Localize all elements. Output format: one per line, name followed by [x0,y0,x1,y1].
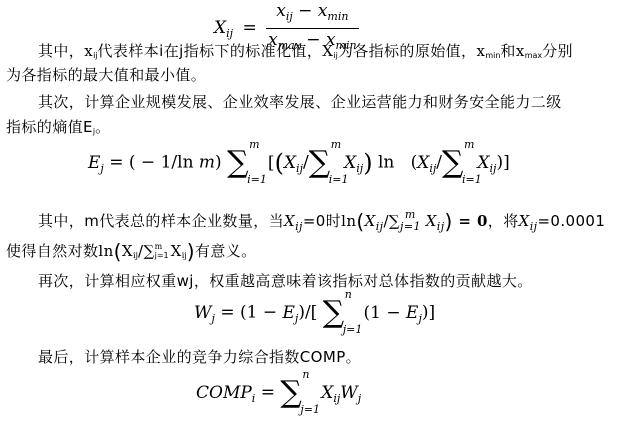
paragraph-4-line-1: 再次，计算相应权重wj，权重越高意味着该指标对总体指数的贡献越大。 [38,270,624,292]
formula-lhs: Xij [214,18,233,38]
paragraph-2-line-2: 指标的熵值Ej。 [6,116,624,143]
paragraph-5-line-1: 最后，计算样本企业的竞争力综合指数COMP。 [38,346,624,368]
paragraph-2-line-1: 其次，计算企业规模发展、企业效率发展、企业运营能力和财务安全能力二级 [38,91,624,113]
paragraph-1-line-2: 为各指标的最大值和最小值。 [6,64,624,86]
entropy-formula: Ej = ( − 1/ln m) ∑mi=1 [(Xij/∑mi=1Xij) l… [88,148,510,196]
composite-formula: COMPi = ∑nj=1 XijWj [196,378,361,418]
paragraph-3-line-1: 其中，m代表总的样本企业数量，当Xij=0时ln(Xij/∑j=1mXij) =… [38,204,624,238]
weight-formula: Wj = (1 − Ej)/[ ∑nj=1 (1 − Ej)] [194,298,435,338]
fraction-numerator: xij − xmin [266,0,358,29]
paragraph-1-line-1: 其中，xij代表样本i在j指标下的标准化值，Xij为各指标的原始值，xmin和x… [38,40,624,67]
paragraph-3-line-2: 使得自然对数ln(Xij/∑j=1mXij)有意义。 [6,236,624,267]
